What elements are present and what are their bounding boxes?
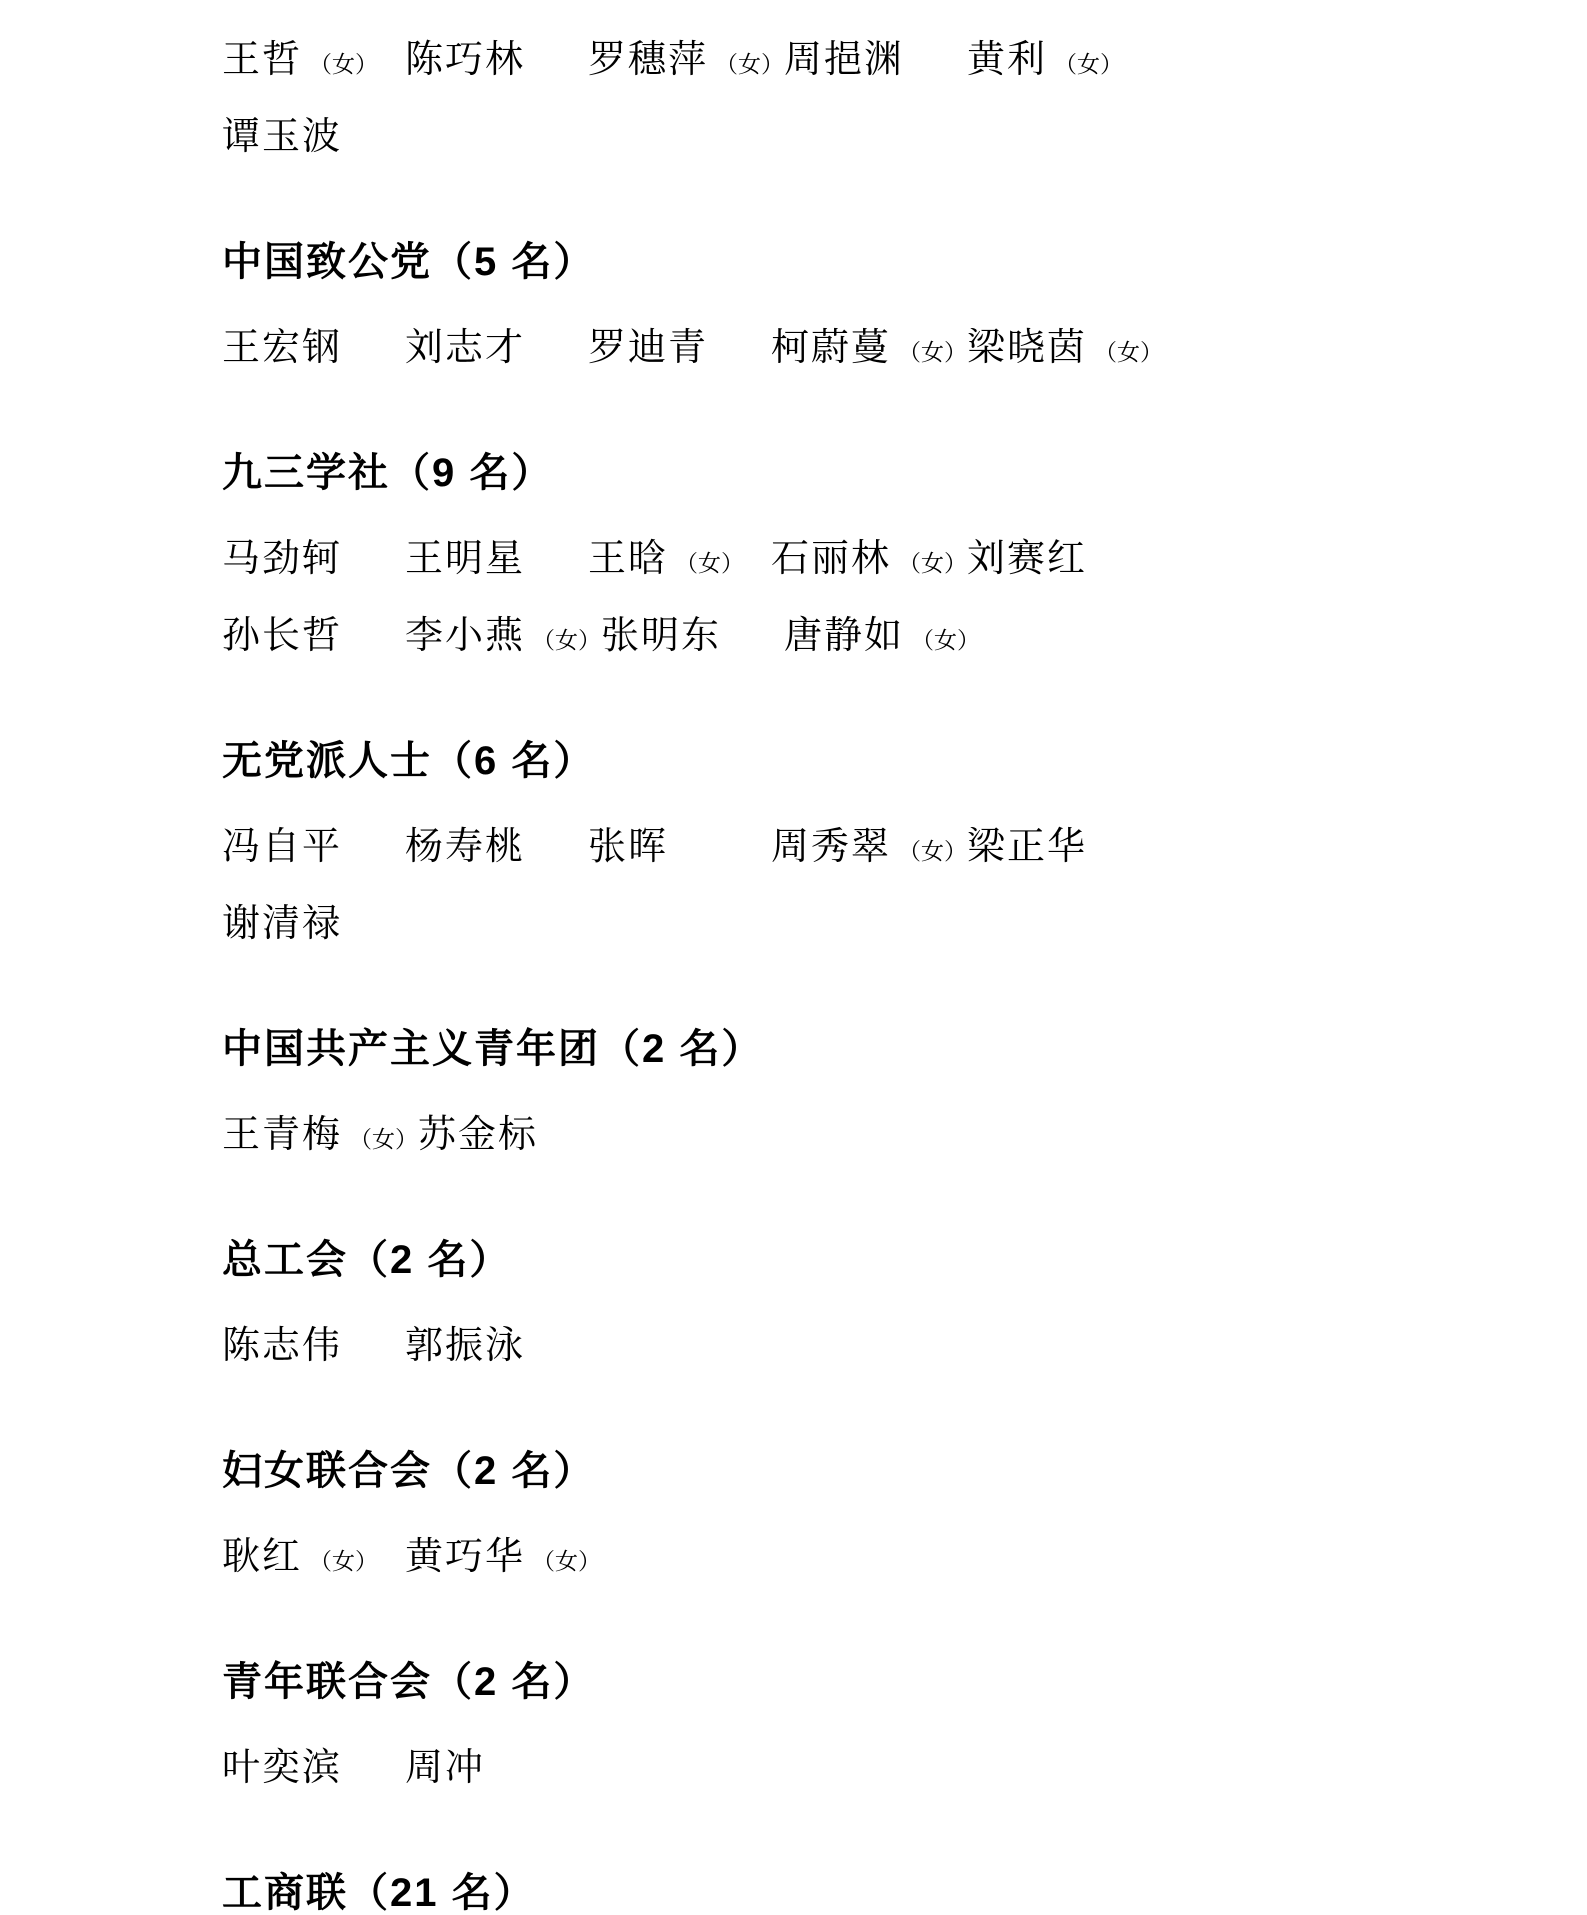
name-row: 谢清禄 xyxy=(222,892,1547,969)
female-marker: （女） xyxy=(911,628,980,653)
person-name-text: 周挹渊 xyxy=(784,39,904,81)
document-body: 王哲（女）陈巧林罗穗萍（女）周挹渊黄利（女）谭玉波中国致公党（5 名）王宏钢刘志… xyxy=(0,0,1587,1915)
person-name: 陈志伟 xyxy=(222,1314,405,1391)
person-name: 孙长哲 xyxy=(222,604,405,681)
person-name: 苏金标 xyxy=(418,1103,601,1180)
person-name: 周秀翠（女） xyxy=(771,815,967,892)
person-name: 耿红（女） xyxy=(222,1525,405,1602)
person-name-text: 冯自平 xyxy=(222,826,342,868)
person-name-text: 杨寿桃 xyxy=(405,826,525,868)
person-name: 王青梅（女） xyxy=(222,1103,418,1180)
person-name: 李小燕（女） xyxy=(405,604,601,681)
person-name-text: 石丽林 xyxy=(771,538,891,580)
person-name-text: 王宏钢 xyxy=(222,327,342,369)
person-name: 梁正华 xyxy=(967,815,1150,892)
person-name-text: 梁晓茵 xyxy=(967,327,1087,369)
person-name-text: 叶奕滨 xyxy=(222,1747,342,1789)
female-marker: （女） xyxy=(349,1127,418,1152)
female-marker: （女） xyxy=(532,1549,601,1574)
person-name: 柯蔚蔓（女） xyxy=(771,316,967,393)
name-row: 孙长哲李小燕（女）张明东唐静如（女） xyxy=(222,604,1547,681)
name-row: 耿红（女）黄巧华（女） xyxy=(222,1525,1547,1602)
section-heading: 妇女联合会（2 名） xyxy=(222,1437,1547,1495)
person-name: 王哲（女） xyxy=(222,28,405,105)
person-name: 王晗（女） xyxy=(588,527,771,604)
person-name-text: 马劲轲 xyxy=(222,538,342,580)
person-name-text: 罗迪青 xyxy=(588,327,708,369)
female-marker: （女） xyxy=(532,628,601,653)
person-name-text: 黄巧华 xyxy=(405,1536,525,1578)
name-row: 陈志伟郭振泳 xyxy=(222,1314,1547,1391)
name-row: 叶奕滨周冲 xyxy=(222,1736,1547,1813)
person-name-text: 梁正华 xyxy=(967,826,1087,868)
section-heading: 无党派人士（6 名） xyxy=(222,727,1547,785)
female-marker: （女） xyxy=(1054,52,1123,77)
name-row: 王青梅（女）苏金标 xyxy=(222,1103,1547,1180)
person-name: 周冲 xyxy=(405,1736,588,1813)
person-name: 刘赛红 xyxy=(967,527,1150,604)
person-name: 马劲轲 xyxy=(222,527,405,604)
female-marker: （女） xyxy=(309,1549,378,1574)
person-name: 黄巧华（女） xyxy=(405,1525,601,1602)
female-marker: （女） xyxy=(898,551,967,576)
female-marker: （女） xyxy=(898,340,967,365)
person-name-text: 刘赛红 xyxy=(967,538,1087,580)
section-heading: 总工会（2 名） xyxy=(222,1226,1547,1284)
person-name: 冯自平 xyxy=(222,815,405,892)
section-heading: 九三学社（9 名） xyxy=(222,439,1547,497)
document-page: 王哲（女）陈巧林罗穗萍（女）周挹渊黄利（女）谭玉波中国致公党（5 名）王宏钢刘志… xyxy=(0,0,1587,1915)
person-name-text: 苏金标 xyxy=(418,1114,538,1156)
female-marker: （女） xyxy=(675,551,744,576)
section-heading: 中国致公党（5 名） xyxy=(222,228,1547,286)
name-row: 王哲（女）陈巧林罗穗萍（女）周挹渊黄利（女） xyxy=(222,28,1547,105)
female-marker: （女） xyxy=(898,839,967,864)
person-name-text: 耿红 xyxy=(222,1536,302,1578)
name-row: 冯自平杨寿桃张晖周秀翠（女）梁正华 xyxy=(222,815,1547,892)
person-name-text: 陈志伟 xyxy=(222,1325,342,1367)
person-name-text: 罗穗萍 xyxy=(588,39,708,81)
person-name: 石丽林（女） xyxy=(771,527,967,604)
name-row: 马劲轲王明星王晗（女）石丽林（女）刘赛红 xyxy=(222,527,1547,604)
person-name: 王明星 xyxy=(405,527,588,604)
name-row: 王宏钢刘志才罗迪青柯蔚蔓（女）梁晓茵（女） xyxy=(222,316,1547,393)
person-name-text: 孙长哲 xyxy=(222,615,342,657)
person-name-text: 王晗 xyxy=(588,538,668,580)
person-name-text: 周冲 xyxy=(405,1747,485,1789)
section-heading: 青年联合会（2 名） xyxy=(222,1648,1547,1706)
female-marker: （女） xyxy=(1094,340,1163,365)
person-name: 谢清禄 xyxy=(222,892,405,969)
female-marker: （女） xyxy=(715,52,784,77)
person-name: 梁晓茵（女） xyxy=(967,316,1163,393)
person-name: 唐静如（女） xyxy=(784,604,980,681)
person-name-text: 王哲 xyxy=(222,39,302,81)
person-name-text: 张晖 xyxy=(588,826,668,868)
person-name: 郭振泳 xyxy=(405,1314,588,1391)
person-name-text: 郭振泳 xyxy=(405,1325,525,1367)
person-name: 陈巧林 xyxy=(405,28,588,105)
person-name-text: 黄利 xyxy=(967,39,1047,81)
person-name: 刘志才 xyxy=(405,316,588,393)
person-name: 叶奕滨 xyxy=(222,1736,405,1813)
person-name-text: 周秀翠 xyxy=(771,826,891,868)
person-name: 周挹渊 xyxy=(784,28,967,105)
person-name-text: 张明东 xyxy=(601,615,721,657)
person-name-text: 刘志才 xyxy=(405,327,525,369)
female-marker: （女） xyxy=(309,52,378,77)
person-name-text: 李小燕 xyxy=(405,615,525,657)
person-name: 罗迪青 xyxy=(588,316,771,393)
person-name-text: 谭玉波 xyxy=(222,116,342,158)
person-name-text: 王明星 xyxy=(405,538,525,580)
person-name-text: 王青梅 xyxy=(222,1114,342,1156)
section-heading: 中国共产主义青年团（2 名） xyxy=(222,1015,1547,1073)
person-name-text: 陈巧林 xyxy=(405,39,525,81)
person-name: 张晖 xyxy=(588,815,771,892)
name-row: 谭玉波 xyxy=(222,105,1547,182)
person-name: 罗穗萍（女） xyxy=(588,28,784,105)
person-name-text: 柯蔚蔓 xyxy=(771,327,891,369)
person-name-text: 谢清禄 xyxy=(222,903,342,945)
person-name: 黄利（女） xyxy=(967,28,1150,105)
person-name: 谭玉波 xyxy=(222,105,405,182)
person-name: 杨寿桃 xyxy=(405,815,588,892)
person-name: 张明东 xyxy=(601,604,784,681)
person-name: 王宏钢 xyxy=(222,316,405,393)
person-name-text: 唐静如 xyxy=(784,615,904,657)
section-heading: 工商联（21 名） xyxy=(222,1859,1547,1915)
